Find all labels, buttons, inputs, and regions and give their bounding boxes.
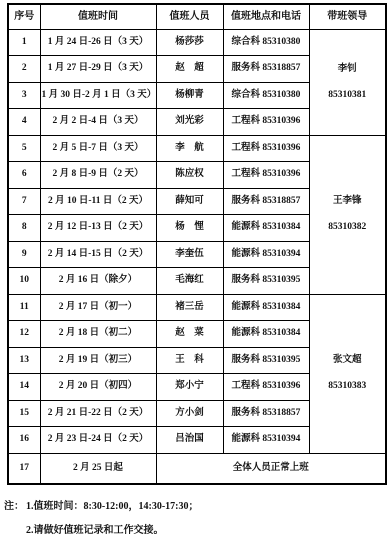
duty-person-cell: 褚三岳 xyxy=(156,294,223,321)
duty-place-cell: 服务科 85318857 xyxy=(223,400,309,427)
duty-place-cell: 能源科 85310384 xyxy=(223,321,309,348)
duty-place-cell: 能源科 85310384 xyxy=(223,294,309,321)
duty-place-cell: 服务科 85318857 xyxy=(223,188,309,215)
leader-cell: 张文超 85310383 xyxy=(309,294,386,453)
table-row: 1 1 月 24 日-26 日（3 天） 杨莎莎 综合科 85310380 李钊… xyxy=(8,29,386,56)
duty-person-cell: 吕治国 xyxy=(156,427,223,454)
duty-person-cell: 赵 超 xyxy=(156,56,223,83)
row-number-cell: 15 xyxy=(8,400,40,427)
header-duty-person: 值班人员 xyxy=(156,4,223,29)
duty-person-cell: 毛海红 xyxy=(156,268,223,295)
footnote-line-1: 1.值班时间：8:30-12:00，14:30-17:30； xyxy=(26,497,386,512)
header-duty-time: 值班时间 xyxy=(40,4,156,29)
duty-person-cell: 杨柳青 xyxy=(156,82,223,109)
row-number-cell: 13 xyxy=(8,347,40,374)
duty-time-cell: 2 月 2 日-4 日（3 天） xyxy=(40,109,156,136)
header-duty-place: 值班地点和电话 xyxy=(223,4,309,29)
footnote-prefix: 注： xyxy=(4,497,24,540)
row-number-cell: 12 xyxy=(8,321,40,348)
leader-phone: 85310381 xyxy=(311,90,385,101)
duty-person-cell: 刘光彩 xyxy=(156,109,223,136)
leader-phone: 85310382 xyxy=(311,222,385,233)
duty-person-cell: 杨莎莎 xyxy=(156,29,223,56)
duty-time-cell: 2 月 20 日（初四） xyxy=(40,374,156,401)
row-number-cell: 3 xyxy=(8,82,40,109)
footnotes: 注： 1.值班时间：8:30-12:00，14:30-17:30； 2.请做好值… xyxy=(4,497,386,540)
duty-time-cell: 2 月 5 日-7 日（3 天） xyxy=(40,135,156,162)
table-row: 17 2 月 25 日起 全体人员正常上班 xyxy=(8,453,386,484)
row-number-cell: 14 xyxy=(8,374,40,401)
duty-time-cell: 2 月 8 日-9 日（2 天） xyxy=(40,162,156,189)
duty-time-cell: 2 月 23 日-24 日（2 天） xyxy=(40,427,156,454)
duty-person-cell: 李 航 xyxy=(156,135,223,162)
duty-roster-sheet: 序号 值班时间 值班人员 值班地点和电话 带班领导 1 1 月 24 日-26 … xyxy=(0,0,390,540)
row-number-cell: 4 xyxy=(8,109,40,136)
row-number-cell: 7 xyxy=(8,188,40,215)
duty-person-cell: 郑小宁 xyxy=(156,374,223,401)
table-row: 11 2 月 17 日（初一） 褚三岳 能源科 85310384 张文超 853… xyxy=(8,294,386,321)
footnote-line-2: 2.请做好值班记录和工作交接。 xyxy=(26,521,386,536)
duty-place-cell: 能源科 85310394 xyxy=(223,241,309,268)
duty-time-cell: 2 月 25 日起 xyxy=(40,453,156,484)
header-row: 序号 值班时间 值班人员 值班地点和电话 带班领导 xyxy=(8,4,386,29)
leader-name: 李钊 xyxy=(311,64,385,75)
row-number-cell: 16 xyxy=(8,427,40,454)
row-number-cell: 1 xyxy=(8,29,40,56)
duty-place-cell: 工程科 85310396 xyxy=(223,374,309,401)
row-number-cell: 6 xyxy=(8,162,40,189)
duty-place-cell: 工程科 85310396 xyxy=(223,109,309,136)
duty-person-cell: 李奎伍 xyxy=(156,241,223,268)
duty-place-cell: 综合科 85310380 xyxy=(223,82,309,109)
leader-cell: 王李锋 85310382 xyxy=(309,135,386,294)
duty-time-cell: 2 月 21 日-22 日（2 天） xyxy=(40,400,156,427)
duty-time-cell: 2 月 12 日-13 日（2 天） xyxy=(40,215,156,242)
duty-time-cell: 1 月 24 日-26 日（3 天） xyxy=(40,29,156,56)
duty-place-cell: 服务科 85318857 xyxy=(223,56,309,83)
duty-place-cell: 综合科 85310380 xyxy=(223,29,309,56)
leader-cell: 李钊 85310381 xyxy=(309,29,386,135)
duty-time-cell: 2 月 14 日-15 日（2 天） xyxy=(40,241,156,268)
duty-time-cell: 2 月 18 日（初二） xyxy=(40,321,156,348)
row-number-cell: 11 xyxy=(8,294,40,321)
duty-time-cell: 2 月 17 日（初一） xyxy=(40,294,156,321)
leader-phone: 85310383 xyxy=(311,381,385,392)
duty-person-cell: 方小剑 xyxy=(156,400,223,427)
duty-place-cell: 工程科 85310396 xyxy=(223,162,309,189)
duty-time-cell: 2 月 19 日（初三） xyxy=(40,347,156,374)
leader-name: 王李锋 xyxy=(311,196,385,207)
duty-time-cell: 1 月 27 日-29 日（3 天） xyxy=(40,56,156,83)
duty-roster-table: 序号 值班时间 值班人员 值班地点和电话 带班领导 1 1 月 24 日-26 … xyxy=(7,3,387,485)
all-staff-normal-work-cell: 全体人员正常上班 xyxy=(156,453,386,484)
row-number-cell: 17 xyxy=(8,453,40,484)
table-row: 5 2 月 5 日-7 日（3 天） 李 航 工程科 85310396 王李锋 … xyxy=(8,135,386,162)
row-number-cell: 10 xyxy=(8,268,40,295)
row-number-cell: 5 xyxy=(8,135,40,162)
duty-time-cell: 2 月 16 日（除夕） xyxy=(40,268,156,295)
duty-person-cell: 薛知可 xyxy=(156,188,223,215)
duty-place-cell: 工程科 85310396 xyxy=(223,135,309,162)
duty-person-cell: 杨 悝 xyxy=(156,215,223,242)
header-duty-leader: 带班领导 xyxy=(309,4,386,29)
header-serial: 序号 xyxy=(8,4,40,29)
duty-place-cell: 能源科 85310384 xyxy=(223,215,309,242)
row-number-cell: 9 xyxy=(8,241,40,268)
duty-time-cell: 1 月 30 日-2 月 1 日（3 天） xyxy=(40,82,156,109)
duty-place-cell: 服务科 85310395 xyxy=(223,268,309,295)
duty-place-cell: 服务科 85310395 xyxy=(223,347,309,374)
duty-person-cell: 赵 菜 xyxy=(156,321,223,348)
row-number-cell: 8 xyxy=(8,215,40,242)
footnote-items: 1.值班时间：8:30-12:00，14:30-17:30； 2.请做好值班记录… xyxy=(26,497,386,540)
duty-person-cell: 王 科 xyxy=(156,347,223,374)
duty-place-cell: 能源科 85310394 xyxy=(223,427,309,454)
leader-name: 张文超 xyxy=(311,355,385,366)
duty-person-cell: 陈应权 xyxy=(156,162,223,189)
duty-time-cell: 2 月 10 日-11 日（2 天） xyxy=(40,188,156,215)
row-number-cell: 2 xyxy=(8,56,40,83)
